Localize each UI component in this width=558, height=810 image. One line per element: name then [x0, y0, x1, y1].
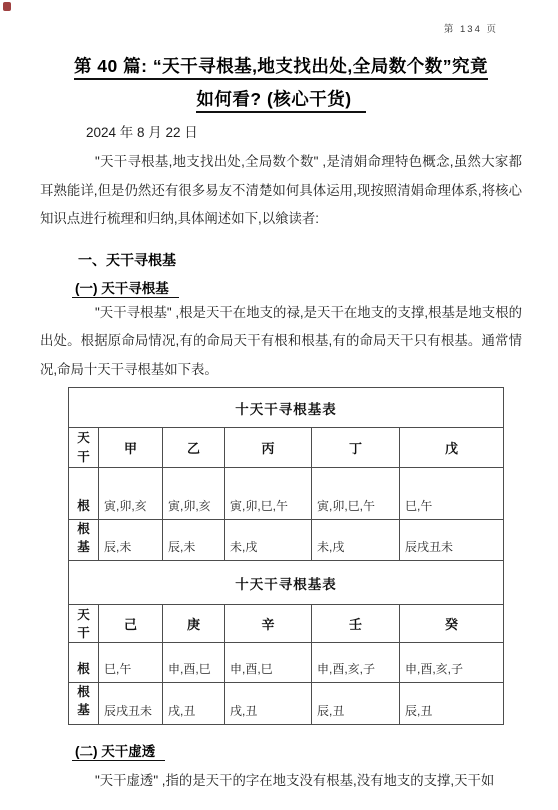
column-header: 乙 [163, 428, 225, 468]
table-cell: 申,酉,巳 [225, 643, 312, 683]
table-cell: 未,戌 [312, 520, 400, 561]
column-header: 丁 [312, 428, 400, 468]
table-cell: 申,酉,巳 [163, 643, 225, 683]
row-header-root: 根 [69, 468, 99, 520]
column-header: 丙 [225, 428, 312, 468]
root-table-container: 十天干寻根基表 天干 甲 乙 丙 丁 戊 根 寅,卯,亥 寅,卯,亥 寅,卯,巳… [68, 387, 503, 725]
table-cell: 辰戌丑未 [99, 683, 163, 724]
table-cell: 寅,卯,亥 [163, 468, 225, 520]
row-header-root-base: 根基 [69, 520, 99, 561]
table-cell: 寅,卯,亥 [99, 468, 163, 520]
column-header: 己 [99, 605, 163, 643]
column-header: 戊 [400, 428, 504, 468]
row-header-root-base: 根基 [69, 683, 99, 724]
table-cell: 辰,未 [99, 520, 163, 561]
column-header: 庚 [163, 605, 225, 643]
row-header-root: 根 [69, 643, 99, 683]
table-cell: 戌,丑 [163, 683, 225, 724]
page-number: 第 134 页 [444, 21, 498, 35]
table-cell: 未,戌 [225, 520, 312, 561]
document-title: 第 40 篇: “天干寻根基,地支找出处,全局数个数”究竟 如何看? (核心干货… [40, 50, 522, 116]
section-heading-1: 一、天干寻根基 [78, 250, 522, 270]
root-table-stems-ji-gui: 十天干寻根基表 天干 己 庚 辛 壬 癸 根 巳,午 申,酉,巳 申,酉,巳 申… [68, 560, 504, 724]
root-table-stems-jia-wu: 十天干寻根基表 天干 甲 乙 丙 丁 戊 根 寅,卯,亥 寅,卯,亥 寅,卯,巳… [68, 387, 504, 561]
column-header: 壬 [312, 605, 400, 643]
table-cell: 辰戌丑未 [400, 520, 504, 561]
column-header: 癸 [400, 605, 504, 643]
column-header: 甲 [99, 428, 163, 468]
table-corner-header: 天干 [69, 428, 99, 468]
publish-date: 2024 年 8 月 22 日 [86, 124, 522, 142]
table-cell: 辰,丑 [312, 683, 400, 724]
table-corner-header: 天干 [69, 605, 99, 643]
table-cell: 寅,卯,巳,午 [312, 468, 400, 520]
table-cell: 寅,卯,巳,午 [225, 468, 312, 520]
document-title-line1: 第 40 篇: “天干寻根基,地支找出处,全局数个数”究竟 [40, 50, 522, 83]
sub-heading-1-2: (二) 天干虚透 [72, 742, 522, 762]
sub-heading-1-1: (一) 天干寻根基 [72, 279, 522, 299]
section1-paragraph: "天干寻根基" ,根是天干在地支的禄,是天干在地支的支撑,根基是地支根的出处。根… [40, 299, 522, 385]
table-cell: 辰,未 [163, 520, 225, 561]
table-cell: 巳,午 [99, 643, 163, 683]
section2-paragraph: "天干虚透" ,指的是天干的字在地支没有根基,没有地支的支撑,天干如 [40, 767, 522, 796]
document-title-line2: 如何看? (核心干货) [40, 83, 522, 116]
table-cell: 申,酉,亥,子 [400, 643, 504, 683]
table-cell: 巳,午 [400, 468, 504, 520]
intro-paragraph: "天干寻根基,地支找出处,全局数个数" ,是清娟命理特色概念,虽然大家都耳熟能详… [40, 148, 522, 234]
table-title: 十天干寻根基表 [69, 388, 504, 428]
corner-artifact-mark [3, 2, 11, 11]
document-page: 第 134 页 第 40 篇: “天干寻根基,地支找出处,全局数个数”究竟 如何… [0, 0, 558, 810]
table-cell: 戌,丑 [225, 683, 312, 724]
table-cell: 申,酉,亥,子 [312, 643, 400, 683]
table-title: 十天干寻根基表 [69, 561, 504, 605]
column-header: 辛 [225, 605, 312, 643]
table-cell: 辰,丑 [400, 683, 504, 724]
